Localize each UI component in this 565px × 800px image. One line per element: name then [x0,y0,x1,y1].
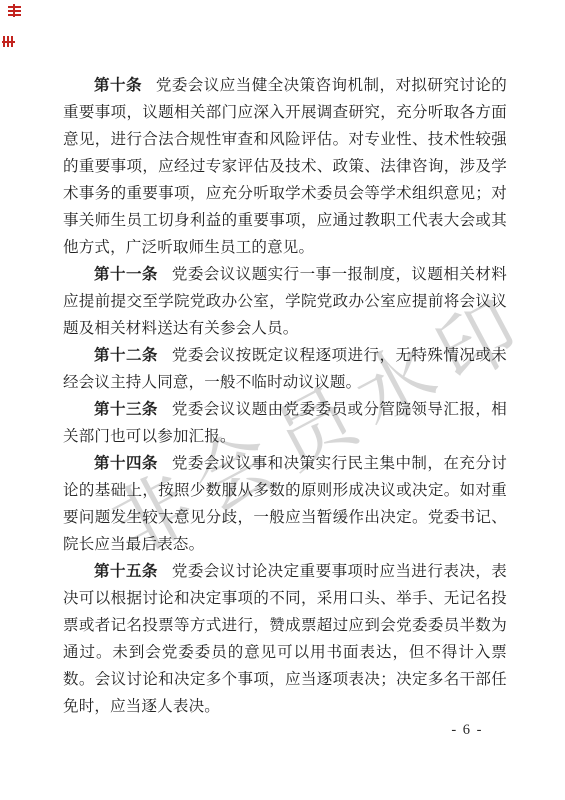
page-number: - 6 - [451,722,483,739]
red-stamp-mark-top [8,5,21,16]
document-page: 非会员水印 第十条党委会议应当健全决策咨询机制，对拟研究讨论的重要事项，议题相关… [0,0,565,800]
article-paragraph: 第十一条党委会议议题实行一事一报制度，议题相关材料应提前提交至学院党政办公室，学… [63,261,507,342]
article-number: 第十四条 [94,455,158,472]
article-paragraph: 第十三条党委会议议题由党委委员或分管院领导汇报，相关部门也可以参加汇报。 [63,396,507,450]
article-number: 第十一条 [94,266,158,283]
article-paragraph: 第十二条党委会议按既定议程逐项进行，无特殊情况或未经会议主持人同意，一般不临时动… [63,342,507,396]
article-number: 第十三条 [94,401,158,418]
article-text: 党委会议讨论决定重要事项时应当进行表决，表决可以根据讨论和决定事项的不同，采用口… [63,563,507,715]
article-paragraph: 第十条党委会议应当健全决策咨询机制，对拟研究讨论的重要事项，议题相关部门应深入开… [63,72,507,261]
article-paragraph: 第十四条党委会议议事和决策实行民主集中制，在充分讨论的基础上，按照少数服从多数的… [63,450,507,558]
article-paragraph: 第十五条党委会议讨论决定重要事项时应当进行表决，表决可以根据讨论和决定事项的不同… [63,558,507,720]
article-number: 第十二条 [94,347,158,364]
red-stamp-mark-bottom [3,36,14,47]
article-text: 党委会议应当健全决策咨询机制，对拟研究讨论的重要事项，议题相关部门应深入开展调查… [63,77,507,256]
document-body: 第十条党委会议应当健全决策咨询机制，对拟研究讨论的重要事项，议题相关部门应深入开… [63,72,507,720]
article-number: 第十五条 [94,563,158,580]
article-number: 第十条 [94,77,142,94]
